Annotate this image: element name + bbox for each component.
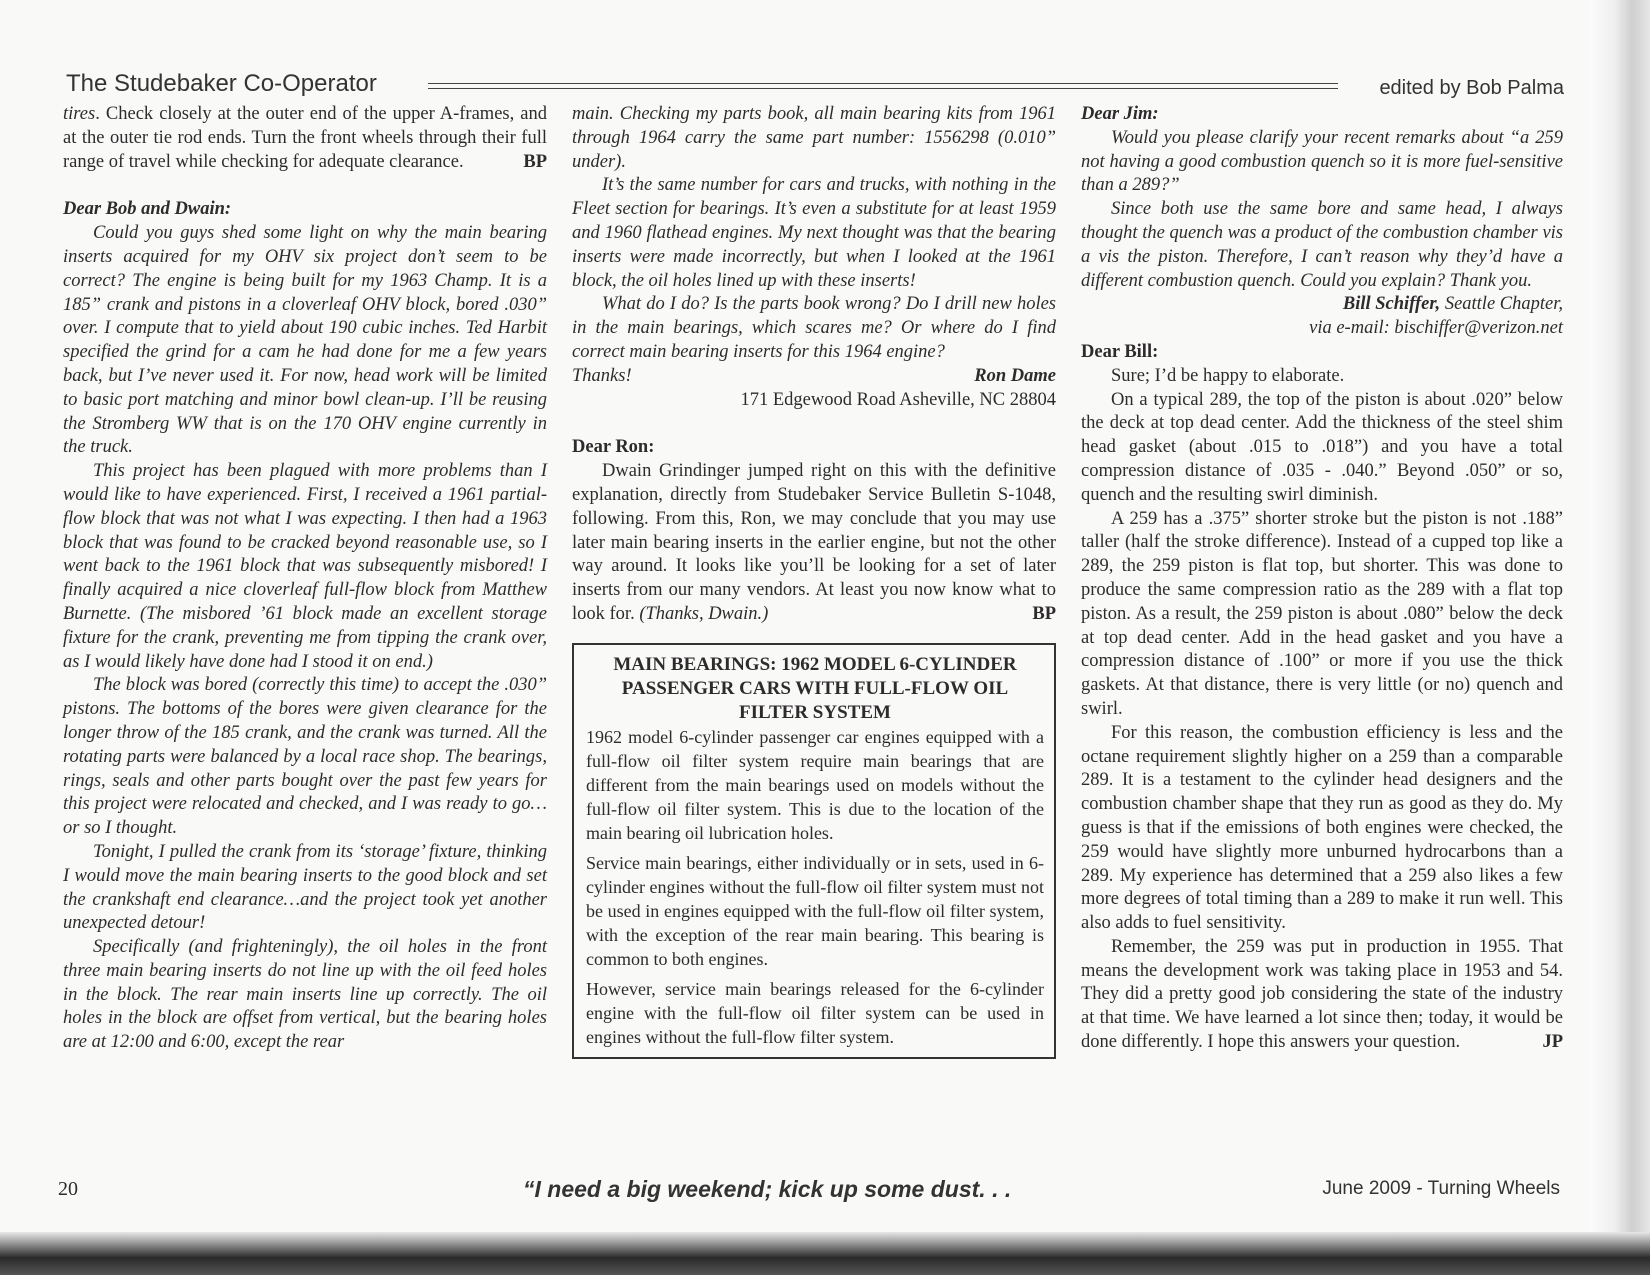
bulletin-title: MAIN BEARINGS: 1962 MODEL 6-CYLINDER PAS… [586, 653, 1044, 725]
letter-paragraph: main. Checking my parts book, all main b… [572, 103, 1056, 174]
bulletin-paragraph: 1962 model 6-cylinder passenger car engi… [586, 725, 1044, 845]
footer-slogan: “I need a big weekend; kick up some dust… [523, 1176, 1011, 1203]
header-double-rule [428, 83, 1338, 89]
page-header: The Studebaker Co-Operator edited by Bob… [66, 70, 1566, 102]
letter-paragraph: It’s the same number for cars and trucks… [572, 174, 1056, 293]
reply-paragraph: Sure; I’d be happy to elaborate. [1081, 365, 1563, 389]
author-initials: BP [1002, 603, 1056, 627]
letter-closing: Thanks! [572, 365, 632, 389]
intro-text: . Check closely at the outer end of the … [63, 104, 547, 172]
column-2: main. Checking my parts book, all main b… [572, 103, 1056, 1059]
reply-paragraph: For this reason, the combustion efficien… [1081, 722, 1563, 936]
intro-paragraph: tires. Check closely at the outer end of… [63, 103, 547, 174]
author-initials: BP [523, 151, 547, 175]
signature-line: Bill Schiffer, Seattle Chapter, [1081, 293, 1563, 317]
letter-paragraph: Tonight, I pulled the crank from its ‘st… [63, 841, 547, 936]
letter-paragraph: This project has been plagued with more … [63, 460, 547, 674]
letter-salutation: Dear Jim: [1081, 103, 1563, 127]
reply-paragraph: On a typical 289, the top of the piston … [1081, 389, 1563, 508]
signature-name: Ron Dame [974, 365, 1056, 389]
reply-salutation: Dear Ron: [572, 436, 1056, 460]
signature-name: Bill Schiffer, [1343, 294, 1440, 314]
letter-paragraph: Could you guys shed some light on why th… [63, 222, 547, 460]
letter-paragraph: The block was bored (correctly this time… [63, 674, 547, 841]
reply-paragraph: Remember, the 259 was put in production … [1081, 936, 1563, 1055]
letter-paragraph: Since both use the same bore and same he… [1081, 198, 1563, 293]
bulletin-paragraph: Service main bearings, either individual… [586, 851, 1044, 971]
reply-thanks: (Thanks, Dwain.) [639, 604, 768, 624]
reply-paragraph: Dwain Grindinger jumped right on this wi… [572, 460, 1056, 627]
binding-gutter-shadow [1590, 0, 1650, 1275]
reply-salutation: Dear Bill: [1081, 341, 1563, 365]
reply-paragraph: A 259 has a .375” shorter stroke but the… [1081, 508, 1563, 722]
scan-bottom-edge [0, 1232, 1650, 1275]
magazine-page: The Studebaker Co-Operator edited by Bob… [0, 0, 1600, 1240]
page-number: 20 [58, 1178, 78, 1201]
author-initials: JP [1512, 1031, 1563, 1055]
letter-paragraph: Would you please clarify your recent rem… [1081, 127, 1563, 198]
service-bulletin-box: MAIN BEARINGS: 1962 MODEL 6-CYLINDER PAS… [572, 643, 1056, 1059]
reply-text: Dwain Grindinger jumped right on this wi… [572, 461, 1056, 624]
letter-signoff: Thanks! Ron Dame [572, 365, 1056, 389]
page-footer: 20 “I need a big weekend; kick up some d… [58, 1176, 1560, 1206]
signature-email: via e-mail: bischiffer@verizon.net [1081, 317, 1563, 341]
column-title: The Studebaker Co-Operator [66, 70, 377, 98]
intro-lead: tires [63, 104, 95, 124]
column-1: tires. Check closely at the outer end of… [63, 103, 547, 1055]
letter-salutation: Dear Bob and Dwain: [63, 198, 547, 222]
bulletin-paragraph: However, service main bearings released … [586, 977, 1044, 1049]
issue-info: June 2009 - Turning Wheels [1322, 1178, 1560, 1200]
signature-address: 171 Edgewood Road Asheville, NC 28804 [572, 389, 1056, 413]
letter-paragraph: Specifically (and frighteningly), the oi… [63, 936, 547, 1055]
letter-paragraph: What do I do? Is the parts book wrong? D… [572, 293, 1056, 364]
column-3: Dear Jim: Would you please clarify your … [1081, 103, 1563, 1055]
reply-text: Remember, the 259 was put in production … [1081, 937, 1563, 1052]
column-editor: edited by Bob Palma [1379, 77, 1564, 100]
signature-chapter: Seattle Chapter, [1440, 294, 1563, 314]
